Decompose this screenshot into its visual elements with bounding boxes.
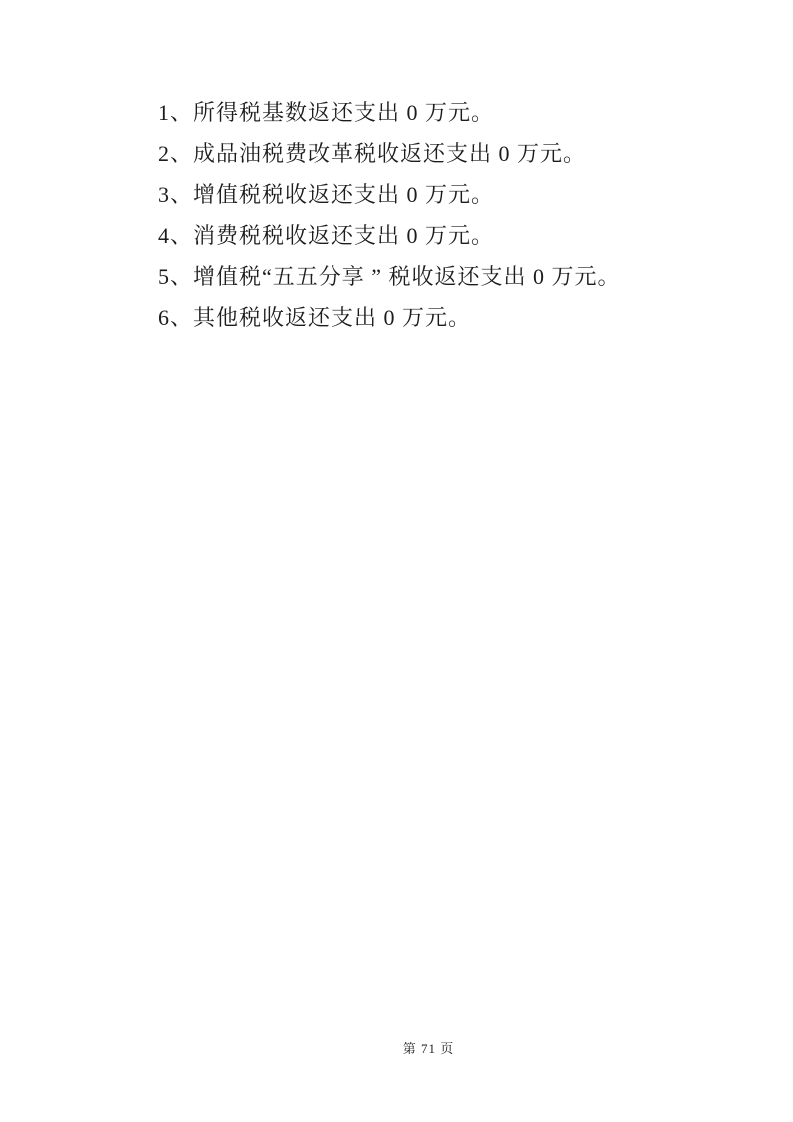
document-page: 1、所得税基数返还支出 0 万元。 2、成品油税费改革税收返还支出 0 万元。 … [0,0,793,1122]
list-item-4: 4、消费税税收返还支出 0 万元。 [158,215,743,256]
list-item-3: 3、增值税税收返还支出 0 万元。 [158,174,743,215]
page-number: 第 71 页 [0,1038,793,1057]
list-item-6: 6、其他税收返还支出 0 万元。 [158,297,743,338]
numbered-list: 1、所得税基数返还支出 0 万元。 2、成品油税费改革税收返还支出 0 万元。 … [158,92,743,338]
list-item-2: 2、成品油税费改革税收返还支出 0 万元。 [158,133,743,174]
list-item-1: 1、所得税基数返还支出 0 万元。 [158,92,743,133]
list-item-5: 5、增值税“五五分享 ” 税收返还支出 0 万元。 [158,256,743,297]
